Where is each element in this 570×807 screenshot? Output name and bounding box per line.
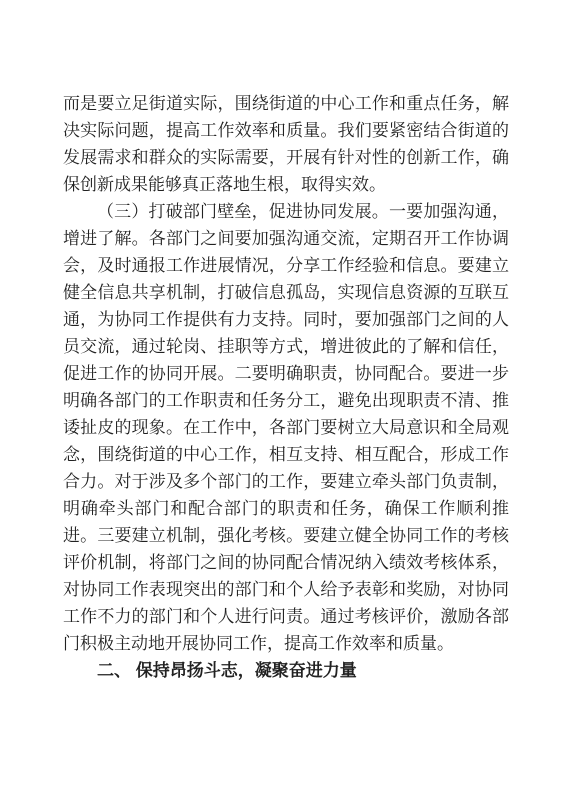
paragraph-text: 而是要立足街道实际，围绕街道的中心工作和重点任务，解决实际问题，提高工作效率和质… (63, 94, 509, 194)
document-page: 而是要立足街道实际，围绕街道的中心工作和重点任务，解决实际问题，提高工作效率和质… (0, 0, 570, 807)
section-three-label: （三）打破部门壁垒，促进协同发展。 (97, 202, 389, 221)
heading-part-two: 二、 保持昂扬斗志，凝聚奋进力量 (63, 657, 509, 684)
heading-part-two-text: 二、 保持昂扬斗志，凝聚奋进力量 (97, 661, 357, 680)
paragraph-continuation: 而是要立足街道实际，围绕街道的中心工作和重点任务，解决实际问题，提高工作效率和质… (63, 90, 509, 198)
document-text-block: 而是要立足街道实际，围绕街道的中心工作和重点任务，解决实际问题，提高工作效率和质… (63, 90, 509, 684)
paragraph-section-three: （三）打破部门壁垒，促进协同发展。一要加强沟通，增进了解。各部门之间要加强沟通交… (63, 198, 509, 657)
section-three-body-text: 一要加强沟通，增进了解。各部门之间要加强沟通交流，定期召开工作协调会，及时通报工… (63, 202, 509, 653)
